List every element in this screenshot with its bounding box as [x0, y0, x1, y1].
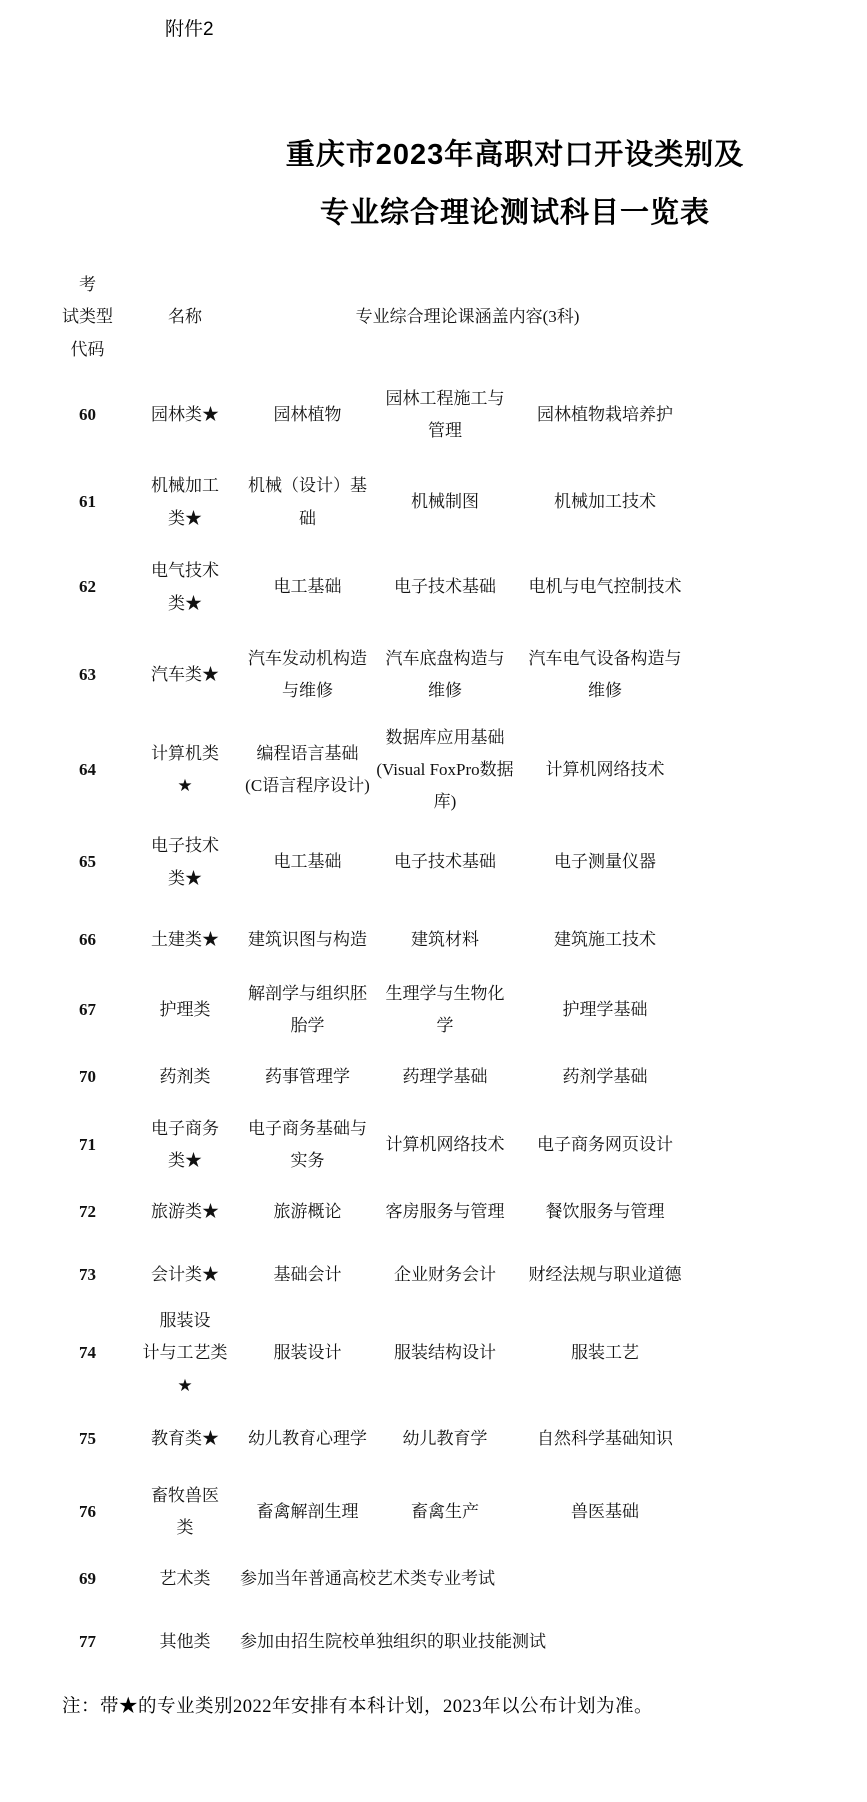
subject-cell: 电子测量仪器 [515, 820, 695, 905]
subject-span-cell: 参加由招生院校单独组织的职业技能测试 [240, 1612, 695, 1672]
subject-cell: 建筑施工技术 [515, 905, 695, 975]
table-row: 75教育类★幼儿教育心理学幼儿教育学自然科学基础知识 [45, 1402, 695, 1477]
exam-code-cell: 77 [45, 1612, 130, 1672]
subject-cell: 电机与电气控制技术 [515, 545, 695, 630]
exam-code-cell: 73 [45, 1245, 130, 1305]
subject-cell: 生理学与生物化 学 [375, 975, 515, 1045]
exam-code-cell: 66 [45, 905, 130, 975]
subject-cell: 计算机网络技术 [375, 1110, 515, 1180]
table-row: 62电气技术 类★电工基础电子技术基础电机与电气控制技术 [45, 545, 695, 630]
table-row: 76畜牧兽医 类畜禽解剖生理畜禽生产兽医基础 [45, 1477, 695, 1547]
exam-code-cell: 62 [45, 545, 130, 630]
exam-code-cell: 70 [45, 1045, 130, 1110]
table-row: 61机械加工 类★机械（设计）基 础机械制图机械加工技术 [45, 460, 695, 545]
subject-cell: 药理学基础 [375, 1045, 515, 1110]
subject-cell: 药剂学基础 [515, 1045, 695, 1110]
subject-cell: 服装结构设计 [375, 1305, 515, 1402]
category-name-cell: 艺术类 [130, 1547, 240, 1612]
exam-code-cell: 63 [45, 630, 130, 720]
exam-code-cell: 60 [45, 370, 130, 460]
footnote: 注：带★的专业类别2022年安排有本科计划，2023年以公布计划为准。 [62, 1692, 867, 1718]
subject-cell: 旅游概论 [240, 1180, 375, 1245]
category-name-cell: 机械加工 类★ [130, 460, 240, 545]
category-name-cell: 护理类 [130, 975, 240, 1045]
subject-cell: 电工基础 [240, 820, 375, 905]
header-exam-type-code: 考 试类型 代码 [45, 265, 130, 370]
subject-cell: 汽车底盘构造与 维修 [375, 630, 515, 720]
subject-cell: 汽车发动机构造 与维修 [240, 630, 375, 720]
table-header-row: 考 试类型 代码 名称 专业综合理论课涵盖内容(3科) [45, 265, 695, 370]
category-name-cell: 土建类★ [130, 905, 240, 975]
category-name-cell: 电气技术 类★ [130, 545, 240, 630]
category-name-cell: 其他类 [130, 1612, 240, 1672]
subject-cell: 服装设计 [240, 1305, 375, 1402]
category-name-cell: 教育类★ [130, 1402, 240, 1477]
table-row: 70药剂类药事管理学药理学基础药剂学基础 [45, 1045, 695, 1110]
table-row: 69艺术类参加当年普通高校艺术类专业考试 [45, 1547, 695, 1612]
subject-cell: 自然科学基础知识 [515, 1402, 695, 1477]
table-row: 66土建类★建筑识图与构造建筑材料建筑施工技术 [45, 905, 695, 975]
subject-cell: 财经法规与职业道德 [515, 1245, 695, 1305]
subject-cell: 数据库应用基础 (Visual FoxPro数据 库) [375, 720, 515, 820]
subject-cell: 电子技术基础 [375, 545, 515, 630]
subject-cell: 幼儿教育心理学 [240, 1402, 375, 1477]
exam-code-cell: 75 [45, 1402, 130, 1477]
table-row: 64计算机类 ★编程语言基础 (C语言程序设计)数据库应用基础 (Visual … [45, 720, 695, 820]
subject-cell: 园林植物栽培养护 [515, 370, 695, 460]
table-row: 67护理类解剖学与组织胚 胎学生理学与生物化 学护理学基础 [45, 975, 695, 1045]
header-subjects: 专业综合理论课涵盖内容(3科) [240, 265, 695, 370]
category-name-cell: 药剂类 [130, 1045, 240, 1110]
page-title: 重庆市2023年高职对口开设类别及 专业综合理论测试科目一览表 [190, 126, 840, 242]
category-name-cell: 旅游类★ [130, 1180, 240, 1245]
table-header: 考 试类型 代码 名称 专业综合理论课涵盖内容(3科) [45, 265, 695, 370]
exam-code-cell: 67 [45, 975, 130, 1045]
exam-code-cell: 74 [45, 1305, 130, 1402]
exam-code-cell: 72 [45, 1180, 130, 1245]
subject-cell: 计算机网络技术 [515, 720, 695, 820]
exam-code-cell: 65 [45, 820, 130, 905]
table-row: 71电子商务 类★电子商务基础与 实务计算机网络技术电子商务网页设计 [45, 1110, 695, 1180]
table-row: 63汽车类★汽车发动机构造 与维修汽车底盘构造与 维修汽车电气设备构造与 维修 [45, 630, 695, 720]
page-title-line1: 重庆市2023年高职对口开设类别及 [190, 126, 840, 184]
table-row: 72旅游类★旅游概论客房服务与管理餐饮服务与管理 [45, 1180, 695, 1245]
header-name: 名称 [130, 265, 240, 370]
exam-code-cell: 61 [45, 460, 130, 545]
subject-cell: 服装工艺 [515, 1305, 695, 1402]
table-row: 74服装设 计与工艺类 ★服装设计服装结构设计服装工艺 [45, 1305, 695, 1402]
subject-cell: 幼儿教育学 [375, 1402, 515, 1477]
subject-cell: 基础会计 [240, 1245, 375, 1305]
exam-code-cell: 71 [45, 1110, 130, 1180]
category-name-cell: 园林类★ [130, 370, 240, 460]
attachment-label: 附件2 [165, 14, 867, 41]
category-name-cell: 畜牧兽医 类 [130, 1477, 240, 1547]
subject-cell: 汽车电气设备构造与 维修 [515, 630, 695, 720]
subject-span-cell: 参加当年普通高校艺术类专业考试 [240, 1547, 695, 1612]
exam-code-cell: 76 [45, 1477, 130, 1547]
subject-cell: 电工基础 [240, 545, 375, 630]
exam-code-cell: 69 [45, 1547, 130, 1612]
page-title-line2: 专业综合理论测试科目一览表 [190, 184, 840, 242]
subject-table: 考 试类型 代码 名称 专业综合理论课涵盖内容(3科) 60园林类★园林植物园林… [45, 265, 695, 1672]
table-row: 65电子技术 类★电工基础电子技术基础电子测量仪器 [45, 820, 695, 905]
subject-cell: 餐饮服务与管理 [515, 1180, 695, 1245]
subject-cell: 客房服务与管理 [375, 1180, 515, 1245]
category-name-cell: 电子技术 类★ [130, 820, 240, 905]
subject-cell: 畜禽生产 [375, 1477, 515, 1547]
subject-cell: 解剖学与组织胚 胎学 [240, 975, 375, 1045]
subject-cell: 护理学基础 [515, 975, 695, 1045]
subject-cell: 电子商务基础与 实务 [240, 1110, 375, 1180]
document-page: 附件2 重庆市2023年高职对口开设类别及 专业综合理论测试科目一览表 考 试类… [0, 14, 867, 1718]
subject-cell: 畜禽解剖生理 [240, 1477, 375, 1547]
subject-cell: 建筑识图与构造 [240, 905, 375, 975]
table-row: 77其他类参加由招生院校单独组织的职业技能测试 [45, 1612, 695, 1672]
subject-cell: 园林工程施工与 管理 [375, 370, 515, 460]
subject-cell: 机械（设计）基 础 [240, 460, 375, 545]
subject-cell: 园林植物 [240, 370, 375, 460]
subject-cell: 电子商务网页设计 [515, 1110, 695, 1180]
table-row: 73会计类★基础会计企业财务会计财经法规与职业道德 [45, 1245, 695, 1305]
subject-cell: 药事管理学 [240, 1045, 375, 1110]
category-name-cell: 计算机类 ★ [130, 720, 240, 820]
category-name-cell: 会计类★ [130, 1245, 240, 1305]
subject-cell: 企业财务会计 [375, 1245, 515, 1305]
subject-cell: 机械加工技术 [515, 460, 695, 545]
subject-cell: 电子技术基础 [375, 820, 515, 905]
subject-cell: 兽医基础 [515, 1477, 695, 1547]
table-row: 60园林类★园林植物园林工程施工与 管理园林植物栽培养护 [45, 370, 695, 460]
category-name-cell: 服装设 计与工艺类 ★ [130, 1305, 240, 1402]
exam-code-cell: 64 [45, 720, 130, 820]
category-name-cell: 汽车类★ [130, 630, 240, 720]
subject-cell: 编程语言基础 (C语言程序设计) [240, 720, 375, 820]
subject-cell: 建筑材料 [375, 905, 515, 975]
category-name-cell: 电子商务 类★ [130, 1110, 240, 1180]
table-body: 60园林类★园林植物园林工程施工与 管理园林植物栽培养护61机械加工 类★机械（… [45, 370, 695, 1672]
subject-cell: 机械制图 [375, 460, 515, 545]
